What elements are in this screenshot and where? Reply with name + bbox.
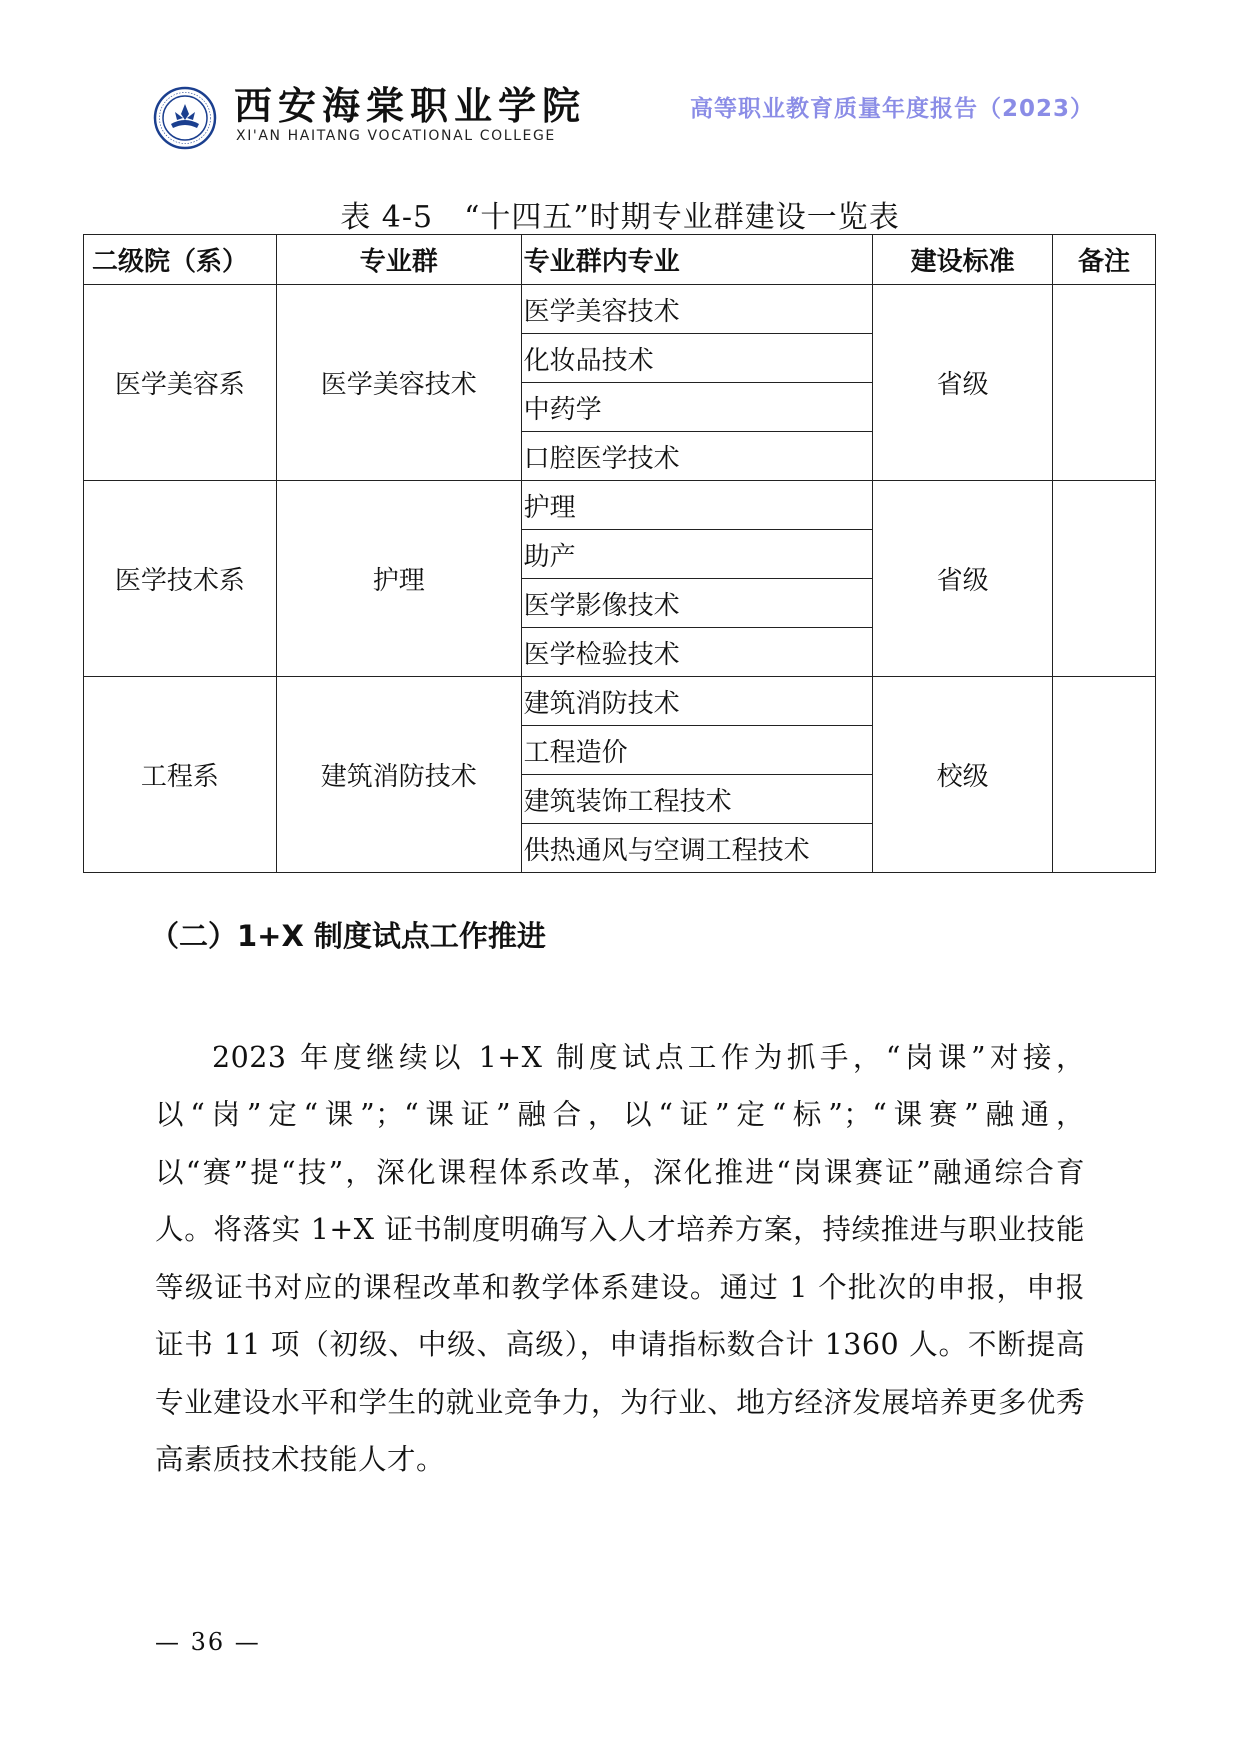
major-cell: 医学美容技术: [521, 285, 873, 334]
college-name-cn: 西安海棠职业学院: [234, 84, 586, 128]
col-header-standard: 建设标准: [873, 235, 1053, 285]
cluster-cell: 护理: [276, 481, 521, 677]
major-cell: 工程造价: [521, 726, 873, 775]
college-seal-icon: [153, 86, 217, 150]
major-cell: 化妆品技术: [521, 334, 873, 383]
remark-cell: [1053, 285, 1156, 481]
body-paragraph: 2023 年度继续以 1+X 制度试点工作为抓手，“岗课”对接，以“岗”定“课”…: [155, 1029, 1085, 1489]
major-cell: 中药学: [521, 383, 873, 432]
table-header-row: 二级院（系） 专业群 专业群内专业 建设标准 备注: [84, 235, 1156, 285]
col-header-majors: 专业群内专业: [521, 235, 873, 285]
remark-cell: [1053, 481, 1156, 677]
cluster-table: 二级院（系） 专业群 专业群内专业 建设标准 备注 医学美容系 医学美容技术 医…: [83, 234, 1156, 873]
major-cell: 助产: [521, 530, 873, 579]
major-cell: 建筑消防技术: [521, 677, 873, 726]
table-row: 医学美容系 医学美容技术 医学美容技术 省级: [84, 285, 1156, 334]
major-cell: 供热通风与空调工程技术: [521, 824, 873, 873]
college-name-en: XI'AN HAITANG VOCATIONAL COLLEGE: [236, 128, 556, 144]
major-cell: 医学检验技术: [521, 628, 873, 677]
department-cell: 工程系: [84, 677, 277, 873]
page-header: 西安海棠职业学院 XI'AN HAITANG VOCATIONAL COLLEG…: [0, 0, 1240, 160]
remark-cell: [1053, 677, 1156, 873]
standard-cell: 省级: [873, 285, 1053, 481]
report-title: 高等职业教育质量年度报告（2023）: [690, 90, 1094, 123]
major-cell: 建筑装饰工程技术: [521, 775, 873, 824]
table-row: 医学技术系 护理 护理 省级: [84, 481, 1156, 530]
cluster-cell: 建筑消防技术: [276, 677, 521, 873]
standard-cell: 校级: [873, 677, 1053, 873]
section-heading: （二）1+X 制度试点工作推进: [150, 914, 546, 955]
department-cell: 医学美容系: [84, 285, 277, 481]
col-header-cluster: 专业群: [276, 235, 521, 285]
major-cell: 口腔医学技术: [521, 432, 873, 481]
page-number: — 36 —: [155, 1628, 261, 1656]
col-header-department: 二级院（系）: [84, 235, 277, 285]
table-caption: 表 4-5 “十四五”时期专业群建设一览表: [0, 192, 1240, 236]
major-cell: 护理: [521, 481, 873, 530]
cluster-cell: 医学美容技术: [276, 285, 521, 481]
department-cell: 医学技术系: [84, 481, 277, 677]
col-header-remark: 备注: [1053, 235, 1156, 285]
table-row: 工程系 建筑消防技术 建筑消防技术 校级: [84, 677, 1156, 726]
major-cell: 医学影像技术: [521, 579, 873, 628]
standard-cell: 省级: [873, 481, 1053, 677]
